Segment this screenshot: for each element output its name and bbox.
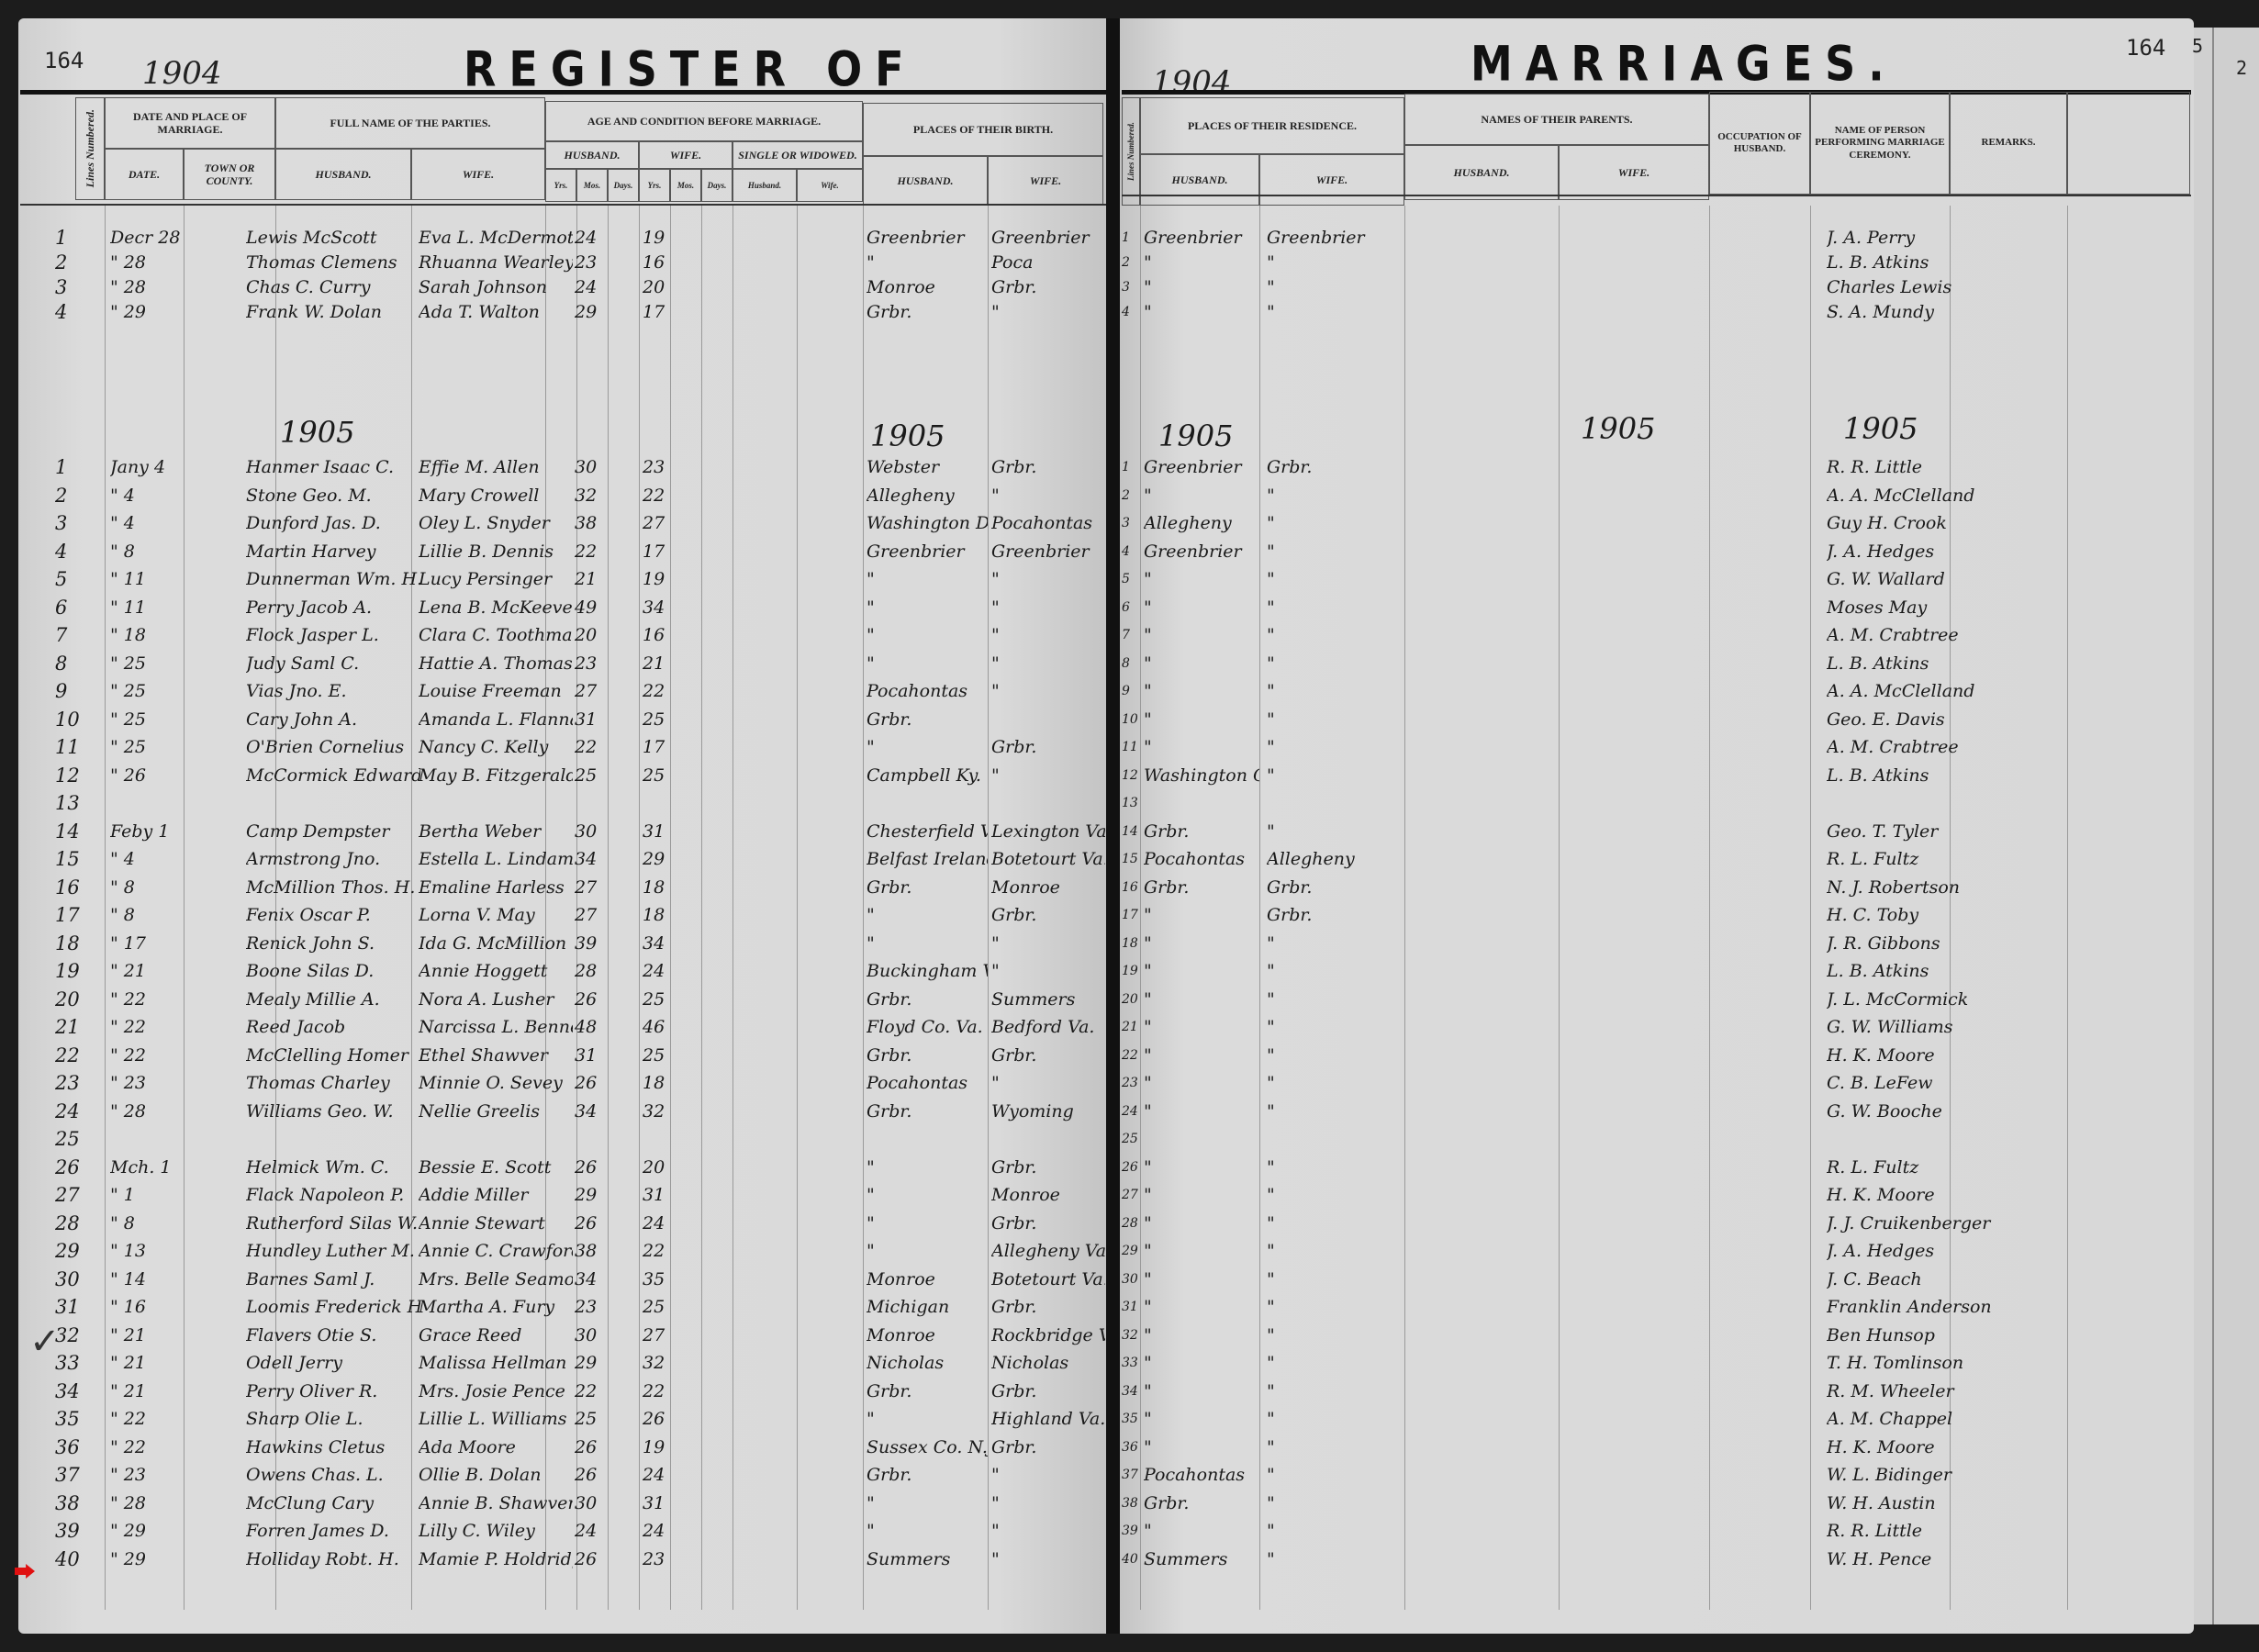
- marriage-date: " 8: [110, 1211, 185, 1235]
- wife-age: 22: [643, 1379, 679, 1403]
- marriage-date: " 8: [110, 540, 185, 564]
- wife-age: 34: [643, 932, 679, 955]
- line-number: 5: [55, 567, 101, 591]
- column-rule: [1140, 206, 1141, 1610]
- line-number-right: 29: [1122, 1239, 1140, 1263]
- marriage-date: " 8: [110, 876, 185, 899]
- line-number-right: 10: [1122, 708, 1140, 731]
- wife-name: May B. Fitzgerald: [419, 764, 573, 787]
- line-number: 11: [55, 735, 101, 759]
- header-h-yrs: Yrs.: [545, 169, 576, 202]
- right-header-bottom-rule: [1122, 195, 2191, 196]
- wife-name: Annie Stewart: [419, 1211, 573, 1235]
- line-number-right: 30: [1122, 1267, 1140, 1291]
- column-rule: [701, 206, 702, 1610]
- husband-birthplace: ": [867, 1211, 988, 1235]
- husband-name: Loomis Frederick H.: [246, 1295, 420, 1319]
- officiant-name: Charles Lewis: [1827, 275, 2001, 299]
- wife-age: 24: [643, 1211, 679, 1235]
- husband-age: 34: [575, 1267, 611, 1291]
- officiant-name: H. K. Moore: [1827, 1435, 2001, 1459]
- marriage-date: " 23: [110, 1463, 185, 1487]
- line-number-right: 13: [1122, 791, 1140, 815]
- line-number: 20: [55, 988, 101, 1011]
- line-number: 29: [55, 1239, 101, 1263]
- year-marker-parents: 1905: [1581, 411, 1655, 446]
- line-number: 1: [55, 226, 101, 250]
- marriage-date: " 14: [110, 1267, 185, 1291]
- officiant-name: N. J. Robertson: [1827, 876, 2001, 899]
- wife-residence: ": [1267, 1379, 1403, 1403]
- header-birth-husband: HUSBAND.: [863, 156, 988, 206]
- husband-name: Frank W. Dolan: [246, 300, 420, 324]
- wife-name: Ada Moore: [419, 1435, 573, 1459]
- line-number-right: 2: [1122, 484, 1140, 508]
- wife-age: 20: [643, 275, 679, 299]
- line-number: 26: [55, 1155, 101, 1179]
- husband-birthplace: ": [867, 735, 988, 759]
- marriage-date: " 21: [110, 1379, 185, 1403]
- husband-residence: ": [1144, 300, 1259, 324]
- line-number-right: 15: [1122, 847, 1140, 871]
- husband-birthplace: ": [867, 652, 988, 675]
- line-number-right: 5: [1122, 567, 1140, 591]
- marriage-date: " 23: [110, 1071, 185, 1095]
- husband-age: 29: [575, 1351, 611, 1375]
- husband-birthplace: Grbr.: [867, 988, 988, 1011]
- husband-name: Hawkins Cletus: [246, 1435, 420, 1459]
- wife-name: Bertha Weber: [419, 820, 573, 843]
- wife-residence: ": [1267, 511, 1403, 535]
- wife-name: Ollie B. Dolan: [419, 1463, 573, 1487]
- wife-age: 24: [643, 1519, 679, 1543]
- wife-age: 46: [643, 1015, 679, 1039]
- husband-age: 30: [575, 1491, 611, 1515]
- husband-residence: ": [1144, 251, 1259, 274]
- officiant-name: J. C. Beach: [1827, 1267, 2001, 1291]
- wife-age: 25: [643, 764, 679, 787]
- husband-age: 29: [575, 1183, 611, 1207]
- line-number: 17: [55, 903, 101, 927]
- header-single-widowed: SINGLE or WIDOWED.: [732, 141, 863, 169]
- line-number: 24: [55, 1099, 101, 1123]
- wife-birthplace: Nicholas: [991, 1351, 1105, 1375]
- wife-residence: ": [1267, 652, 1403, 675]
- husband-birthplace: Summers: [867, 1547, 988, 1571]
- officiant-name: L. B. Atkins: [1827, 764, 2001, 787]
- officiant-name: A. A. McClelland: [1827, 484, 2001, 508]
- husband-residence: ": [1144, 596, 1259, 619]
- husband-name: Camp Dempster: [246, 820, 420, 843]
- husband-age: 26: [575, 1211, 611, 1235]
- wife-age: 20: [643, 1155, 679, 1179]
- wife-residence: ": [1267, 1407, 1403, 1431]
- husband-birthplace: ": [867, 596, 988, 619]
- header-w-mos: Mos.: [670, 169, 701, 202]
- wife-age: 18: [643, 876, 679, 899]
- wife-residence: ": [1267, 1463, 1403, 1487]
- column-rule: [1810, 206, 1811, 1610]
- line-number-right: 40: [1122, 1547, 1140, 1571]
- line-number-right: 6: [1122, 596, 1140, 619]
- header-blank: [2067, 92, 2190, 195]
- wife-name: Annie Hoggett: [419, 959, 573, 983]
- husband-residence: ": [1144, 1295, 1259, 1319]
- header-age-wife: WIFE.: [639, 141, 732, 169]
- husband-name: Perry Jacob A.: [246, 596, 420, 619]
- wife-age: 25: [643, 988, 679, 1011]
- line-number: 6: [55, 596, 101, 619]
- wife-birthplace: Grbr.: [991, 735, 1105, 759]
- officiant-name: H. C. Toby: [1827, 903, 2001, 927]
- line-number-right: 26: [1122, 1155, 1140, 1179]
- wife-age: 19: [643, 226, 679, 250]
- column-rule: [1709, 206, 1710, 1610]
- husband-name: Stone Geo. M.: [246, 484, 420, 508]
- wife-age: 24: [643, 959, 679, 983]
- line-number: 13: [55, 791, 101, 815]
- wife-name: Clara C. Toothman: [419, 623, 573, 647]
- column-rule: [732, 206, 733, 1610]
- wife-name: Annie C. Crawford: [419, 1239, 573, 1263]
- husband-residence: ": [1144, 903, 1259, 927]
- husband-birthplace: ": [867, 1491, 988, 1515]
- husband-age: 23: [575, 1295, 611, 1319]
- line-number-right: 39: [1122, 1519, 1140, 1543]
- husband-residence: Grbr.: [1144, 1491, 1259, 1515]
- wife-residence: ": [1267, 932, 1403, 955]
- husband-residence: ": [1144, 708, 1259, 731]
- marriage-date: " 28: [110, 251, 185, 274]
- husband-residence: ": [1144, 679, 1259, 703]
- wife-residence: ": [1267, 1519, 1403, 1543]
- wife-age: 16: [643, 623, 679, 647]
- column-rule: [1404, 206, 1405, 1610]
- column-rule: [988, 206, 989, 1610]
- husband-name: Hanmer Isaac C.: [246, 455, 420, 479]
- husband-age: 21: [575, 567, 611, 591]
- wife-residence: ": [1267, 1239, 1403, 1263]
- line-number: 4: [55, 300, 101, 324]
- wife-residence: ": [1267, 1211, 1403, 1235]
- line-number: 30: [55, 1267, 101, 1291]
- officiant-name: A. M. Crabtree: [1827, 623, 2001, 647]
- officiant-name: T. H. Tomlinson: [1827, 1351, 2001, 1375]
- header-date: DATE.: [105, 149, 184, 200]
- wife-birthplace: ": [991, 764, 1105, 787]
- line-number: 10: [55, 708, 101, 731]
- wife-name: Minnie O. Sevey: [419, 1071, 573, 1095]
- wife-name: Ethel Shawver: [419, 1044, 573, 1067]
- wife-residence: ": [1267, 959, 1403, 983]
- year-marker-names: 1905: [280, 415, 354, 450]
- wife-name: Sarah Johnson: [419, 275, 573, 299]
- husband-age: 26: [575, 1547, 611, 1571]
- year-marker-birth: 1905: [870, 419, 945, 453]
- header-residence: PLACES OF THEIR RESIDENCE.: [1140, 97, 1404, 154]
- officiant-name: W. L. Bidinger: [1827, 1463, 2001, 1487]
- wife-age: 23: [643, 455, 679, 479]
- husband-name: Reed Jacob: [246, 1015, 420, 1039]
- husband-residence: ": [1144, 275, 1259, 299]
- right-page-number: 164: [2126, 35, 2165, 61]
- husband-name: Renick John S.: [246, 932, 420, 955]
- husband-age: 31: [575, 1044, 611, 1067]
- husband-residence: Pocahontas: [1144, 847, 1259, 871]
- header-full-name: FULL NAME OF THE PARTIES.: [275, 97, 545, 149]
- column-rule: [1259, 206, 1260, 1610]
- officiant-name: G. W. Booche: [1827, 1099, 2001, 1123]
- wife-residence: ": [1267, 1295, 1403, 1319]
- officiant-name: A. M. Crabtree: [1827, 735, 2001, 759]
- wife-name: Lillie B. Dennis: [419, 540, 573, 564]
- wife-residence: ": [1267, 988, 1403, 1011]
- wife-birthplace: ": [991, 1491, 1105, 1515]
- wife-birthplace: Grbr.: [991, 455, 1105, 479]
- line-number-right: 11: [1122, 735, 1140, 759]
- husband-residence: ": [1144, 1183, 1259, 1207]
- wife-age: 19: [643, 1435, 679, 1459]
- husband-name: Dunnerman Wm. H.: [246, 567, 420, 591]
- husband-age: 22: [575, 540, 611, 564]
- husband-birthplace: ": [867, 903, 988, 927]
- wife-birthplace: Wyoming: [991, 1099, 1105, 1123]
- year-marker-officiant: 1905: [1843, 411, 1918, 446]
- edge-page-number-b: 2: [2236, 57, 2247, 79]
- wife-residence: Grbr.: [1267, 455, 1403, 479]
- line-number: 4: [55, 540, 101, 564]
- officiant-name: G. W. Williams: [1827, 1015, 2001, 1039]
- wife-name: Grace Reed: [419, 1323, 573, 1347]
- wife-name: Addie Miller: [419, 1183, 573, 1207]
- wife-age: 35: [643, 1267, 679, 1291]
- wife-birthplace: ": [991, 300, 1105, 324]
- wife-age: 29: [643, 847, 679, 871]
- husband-residence: Washington Ohio: [1144, 764, 1259, 787]
- wife-birthplace: ": [991, 1071, 1105, 1095]
- husband-residence: ": [1144, 1044, 1259, 1067]
- marriage-date: " 1: [110, 1183, 185, 1207]
- husband-age: 49: [575, 596, 611, 619]
- wife-birthplace: Bedford Va.: [991, 1015, 1105, 1039]
- husband-residence: ": [1144, 1099, 1259, 1123]
- wife-birthplace: Summers: [991, 988, 1105, 1011]
- marriage-date: " 29: [110, 300, 185, 324]
- husband-age: 30: [575, 820, 611, 843]
- officiant-name: Guy H. Crook: [1827, 511, 2001, 535]
- wife-age: 25: [643, 1295, 679, 1319]
- wife-residence: ": [1267, 1155, 1403, 1179]
- line-number: 8: [55, 652, 101, 675]
- line-number: 18: [55, 932, 101, 955]
- header-sw-husband: Husband.: [732, 169, 797, 202]
- column-rule: [1559, 206, 1560, 1610]
- wife-age: 16: [643, 251, 679, 274]
- officiant-name: Geo. T. Tyler: [1827, 820, 2001, 843]
- husband-residence: Grbr.: [1144, 820, 1259, 843]
- wife-birthplace: Greenbrier: [991, 540, 1105, 564]
- husband-age: 27: [575, 679, 611, 703]
- marriage-date: " 4: [110, 484, 185, 508]
- husband-birthplace: Pocahontas: [867, 679, 988, 703]
- header-h-mos: Mos.: [576, 169, 608, 202]
- officiant-name: R. M. Wheeler: [1827, 1379, 2001, 1403]
- husband-birthplace: Grbr.: [867, 876, 988, 899]
- wife-birthplace: Monroe: [991, 876, 1105, 899]
- husband-name: Dunford Jas. D.: [246, 511, 420, 535]
- marriage-date: " 22: [110, 1435, 185, 1459]
- wife-residence: ": [1267, 484, 1403, 508]
- wife-name: Ida G. McMillion: [419, 932, 573, 955]
- line-number-right: 17: [1122, 903, 1140, 927]
- husband-name: Cary John A.: [246, 708, 420, 731]
- husband-age: 23: [575, 251, 611, 274]
- husband-age: 23: [575, 652, 611, 675]
- wife-name: Nancy C. Kelly: [419, 735, 573, 759]
- officiant-name: Geo. E. Davis: [1827, 708, 2001, 731]
- marriage-date: " 18: [110, 623, 185, 647]
- husband-age: 20: [575, 623, 611, 647]
- marriage-date: " 25: [110, 652, 185, 675]
- line-number: 25: [55, 1127, 101, 1151]
- line-number-right: 16: [1122, 876, 1140, 899]
- wife-name: Lillie L. Williams: [419, 1407, 573, 1431]
- husband-residence: Grbr.: [1144, 876, 1259, 899]
- husband-age: 24: [575, 226, 611, 250]
- husband-name: Perry Oliver R.: [246, 1379, 420, 1403]
- line-number-right: 24: [1122, 1099, 1140, 1123]
- marriage-date: " 28: [110, 1099, 185, 1123]
- line-number-right: 37: [1122, 1463, 1140, 1487]
- line-number-right: 34: [1122, 1379, 1140, 1403]
- wife-residence: ": [1267, 275, 1403, 299]
- wife-birthplace: ": [991, 1547, 1105, 1571]
- husband-residence: Greenbrier: [1144, 540, 1259, 564]
- wife-age: 27: [643, 1323, 679, 1347]
- husband-name: Holliday Robt. H.: [246, 1547, 420, 1571]
- line-number: 38: [55, 1491, 101, 1515]
- husband-name: Vias Jno. E.: [246, 679, 420, 703]
- husband-age: 24: [575, 1519, 611, 1543]
- officiant-name: G. W. Wallard: [1827, 567, 2001, 591]
- page-edge: [2192, 28, 2214, 1624]
- husband-age: 27: [575, 903, 611, 927]
- husband-birthplace: Sussex Co. N.J.: [867, 1435, 988, 1459]
- wife-birthplace: Botetourt Va.: [991, 1267, 1105, 1291]
- husband-age: 31: [575, 708, 611, 731]
- husband-residence: ": [1144, 1323, 1259, 1347]
- husband-birthplace: ": [867, 1155, 988, 1179]
- officiant-name: J. A. Hedges: [1827, 1239, 2001, 1263]
- husband-birthplace: Monroe: [867, 1323, 988, 1347]
- husband-birthplace: Floyd Co. Va.: [867, 1015, 988, 1039]
- husband-birthplace: Grbr.: [867, 708, 988, 731]
- husband-age: 34: [575, 847, 611, 871]
- husband-name: Flock Jasper L.: [246, 623, 420, 647]
- header-remarks: REMARKS.: [1950, 92, 2067, 195]
- line-number: 16: [55, 876, 101, 899]
- wife-age: 34: [643, 596, 679, 619]
- wife-birthplace: ": [991, 932, 1105, 955]
- marriage-date: " 28: [110, 275, 185, 299]
- husband-birthplace: ": [867, 1239, 988, 1263]
- wife-age: 21: [643, 652, 679, 675]
- wife-name: Bessie E. Scott: [419, 1155, 573, 1179]
- husband-birthplace: Grbr.: [867, 1379, 988, 1403]
- line-number: 36: [55, 1435, 101, 1459]
- line-number-right: 32: [1122, 1323, 1140, 1347]
- husband-birthplace: ": [867, 567, 988, 591]
- husband-name: Judy Saml C.: [246, 652, 420, 675]
- wife-name: Estella L. Lindamood: [419, 847, 573, 871]
- wife-age: 32: [643, 1099, 679, 1123]
- officiant-name: A. M. Chappel: [1827, 1407, 2001, 1431]
- husband-birthplace: ": [867, 251, 988, 274]
- husband-residence: ": [1144, 1379, 1259, 1403]
- husband-age: 38: [575, 511, 611, 535]
- wife-residence: ": [1267, 1547, 1403, 1571]
- line-number-right: 27: [1122, 1183, 1140, 1207]
- wife-name: Lilly C. Wiley: [419, 1519, 573, 1543]
- husband-age: 27: [575, 876, 611, 899]
- husband-residence: ": [1144, 1407, 1259, 1431]
- officiant-name: R. L. Fultz: [1827, 847, 2001, 871]
- husband-name: O'Brien Cornelius: [246, 735, 420, 759]
- book-gutter: [1106, 18, 1120, 1634]
- husband-age: 25: [575, 764, 611, 787]
- marriage-date: " 4: [110, 847, 185, 871]
- husband-name: Odell Jerry: [246, 1351, 420, 1375]
- column-rule: [2067, 206, 2068, 1610]
- husband-birthplace: Pocahontas: [867, 1071, 988, 1095]
- wife-name: Mary Crowell: [419, 484, 573, 508]
- husband-birthplace: Michigan: [867, 1295, 988, 1319]
- header-w-yrs: Yrs.: [639, 169, 670, 202]
- husband-residence: ": [1144, 988, 1259, 1011]
- line-number: 21: [55, 1015, 101, 1039]
- husband-residence: ": [1144, 735, 1259, 759]
- officiant-name: J. J. Cruikenberger: [1827, 1211, 2001, 1235]
- line-number-right: 4: [1122, 300, 1140, 324]
- line-number: 27: [55, 1183, 101, 1207]
- officiant-name: W. H. Austin: [1827, 1491, 2001, 1515]
- husband-age: 28: [575, 959, 611, 983]
- husband-name: Hundley Luther M.: [246, 1239, 420, 1263]
- husband-birthplace: Belfast Ireland: [867, 847, 988, 871]
- wife-name: Lena B. McKeever: [419, 596, 573, 619]
- wife-residence: ": [1267, 708, 1403, 731]
- husband-residence: ": [1144, 652, 1259, 675]
- wife-birthplace: Greenbrier: [991, 226, 1105, 250]
- wife-birthplace: ": [991, 567, 1105, 591]
- line-number: 37: [55, 1463, 101, 1487]
- line-number: 35: [55, 1407, 101, 1431]
- wife-residence: ": [1267, 1267, 1403, 1291]
- wife-birthplace: ": [991, 1519, 1105, 1543]
- marriage-date: Jany 4: [110, 455, 185, 479]
- husband-residence: Greenbrier: [1144, 226, 1259, 250]
- wife-residence: ": [1267, 623, 1403, 647]
- line-number: 2: [55, 251, 101, 274]
- marriage-date: " 11: [110, 596, 185, 619]
- husband-birthplace: Monroe: [867, 275, 988, 299]
- wife-name: Ada T. Walton: [419, 300, 573, 324]
- marriage-date: " 26: [110, 764, 185, 787]
- header-officiant: NAME OF PERSON PERFORMING MARRIAGE CEREM…: [1810, 92, 1950, 195]
- line-number-right: 33: [1122, 1351, 1140, 1375]
- marriage-date: " 21: [110, 959, 185, 983]
- wife-residence: Allegheny: [1267, 847, 1403, 871]
